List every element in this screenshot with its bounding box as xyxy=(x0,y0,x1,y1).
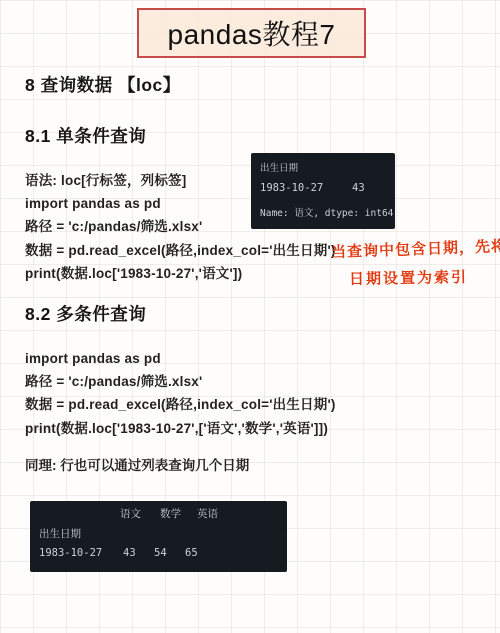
code-line: 路径 = 'c:/pandas/筛选.xlsx' xyxy=(25,370,336,393)
table-value-chinese: 43 xyxy=(123,547,136,559)
code-line: import pandas as pd xyxy=(25,347,336,370)
output-row-value: 43 xyxy=(352,182,365,194)
code-line: 数据 = pd.read_excel(路径,index_col='出生日期') xyxy=(25,393,336,416)
output-row-date: 1983-10-27 xyxy=(260,182,323,194)
table-index-label: 出生日期 xyxy=(39,526,81,541)
code-line: print(数据.loc['1983-10-27',['语文','数学','英语… xyxy=(25,417,336,440)
table-col-math: 数学 xyxy=(160,506,181,521)
code-line: print(数据.loc['1983-10-27','语文']) xyxy=(25,262,336,285)
output-index-label: 出生日期 xyxy=(260,160,298,174)
table-value-english: 65 xyxy=(185,547,198,559)
handwritten-annotation-line1: 当查询中包含日期，先将 xyxy=(331,235,500,262)
table-value-math: 54 xyxy=(154,547,167,559)
section-8-2-heading: 8.2 多条件查询 xyxy=(25,301,146,326)
table-row-date: 1983-10-27 xyxy=(39,547,102,559)
handwritten-annotation-line2: 日期设置为索引 xyxy=(349,266,468,289)
section-8-2-code: import pandas as pd 路径 = 'c:/pandas/筛选.x… xyxy=(25,347,336,440)
section-8-heading: 8 查询数据 【loc】 xyxy=(25,72,181,97)
output-footer: Name: 语文, dtype: int64 xyxy=(260,205,393,219)
tutorial-page: pandas教程7 8 查询数据 【loc】 8.1 单条件查询 语法: loc… xyxy=(0,0,500,633)
table-col-english: 英语 xyxy=(197,506,218,521)
note-line: 同理: 行也可以通过列表查询几个日期 xyxy=(25,454,249,474)
console-output-table: 语文 数学 英语 出生日期 1983-10-27 43 54 65 xyxy=(30,501,287,572)
page-title: pandas教程7 xyxy=(168,13,336,53)
console-output-single: 出生日期 1983-10-27 43 Name: 语文, dtype: int6… xyxy=(251,153,395,229)
table-col-chinese: 语文 xyxy=(120,506,141,521)
section-8-1-heading: 8.1 单条件查询 xyxy=(25,123,146,148)
code-line: 数据 = pd.read_excel(路径,index_col='出生日期') xyxy=(25,239,336,262)
title-box: pandas教程7 xyxy=(137,8,366,58)
